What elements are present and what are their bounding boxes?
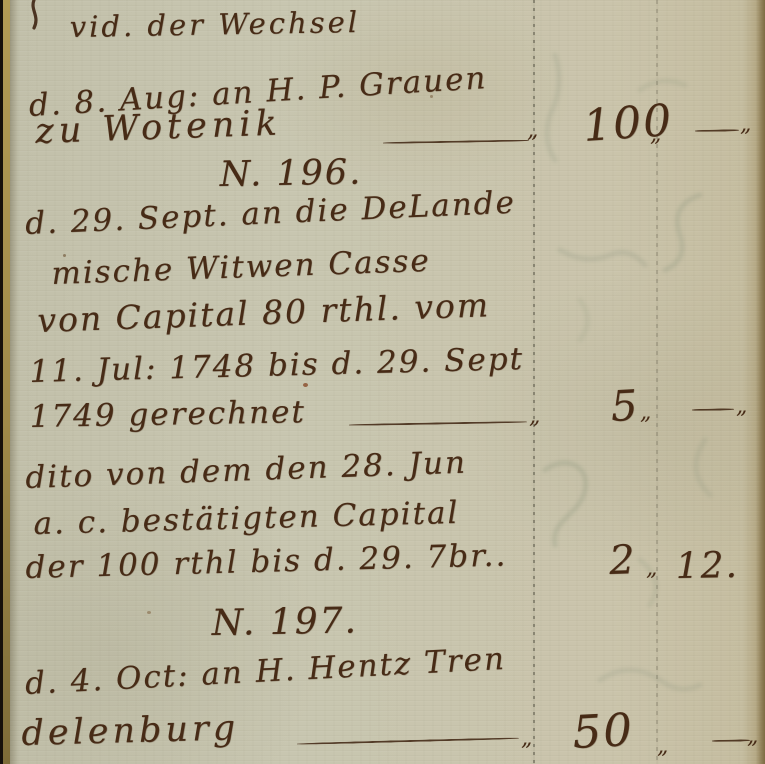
entry2-line3: von Capital 80 rthl. vom [37, 285, 491, 340]
entry2-amount-trail: „ [736, 394, 747, 419]
entry2-amount-rthl: 5 [609, 381, 640, 431]
entry4-line1: d. 4. Oct: an H. Hentz Tren [24, 641, 507, 702]
manuscript-scan: vid. der Wechsel d. 8. Aug: an H. P. Gra… [0, 0, 765, 764]
ink-speck [430, 95, 433, 98]
entry2-line4: 11. Jul: 1748 bis d. 29. Sept [29, 341, 524, 390]
entry2-groschen-dash [692, 408, 734, 411]
entry4-amount-rthl: 50 [571, 703, 635, 759]
entry2-line5: 1749 gerechnet [29, 394, 306, 435]
filler-dash-entry2 [349, 421, 527, 426]
entry3-line3: der 100 rthl bis d. 29. 7br.. [25, 537, 508, 586]
entry4-line2: delenburg [21, 708, 240, 754]
ink-speck [63, 254, 66, 257]
entry4-amount-separator: „ [657, 734, 668, 759]
dash-trail-mark: „ [527, 118, 538, 143]
gutter-shadow [10, 0, 19, 764]
entry1-amount-trail: „ [740, 112, 751, 137]
ink-speck [147, 611, 151, 614]
entry4-amount-trail: „ [747, 724, 758, 749]
entry3-line1: dito von dem den 28. Jun [25, 445, 468, 496]
entry1-amount-separator: „ [650, 122, 661, 147]
entry3-amount-groschen: 12. [675, 545, 739, 587]
column-rule-amounts [533, 0, 535, 764]
entry3-line2: a. c. bestätigten Capital [33, 495, 460, 542]
entry2-amount-separator: „ [640, 400, 651, 425]
dash-trail-mark: „ [529, 404, 540, 429]
entry2-line2: mische Witwen Casse [51, 243, 432, 292]
dash-trail-mark: „ [521, 726, 532, 751]
filler-dash-entry1 [383, 139, 529, 144]
page-right-edge [756, 0, 765, 764]
entry1-line2: zu Wotenik [35, 103, 283, 152]
filler-dash-entry4 [297, 737, 519, 745]
entry1-number: N. 196. [219, 153, 362, 195]
binding-edge-gilt [3, 0, 10, 764]
entry4-groschen-dash [712, 739, 750, 742]
heading-line: vid. der Wechsel [69, 5, 360, 44]
entry1-groschen-dash [695, 129, 739, 132]
entry3-amount-rthl: 2 [608, 537, 637, 584]
ink-speck [303, 383, 308, 387]
entry3-amount-separator: „ [646, 556, 657, 581]
entry3-number: N. 197. [211, 600, 358, 644]
